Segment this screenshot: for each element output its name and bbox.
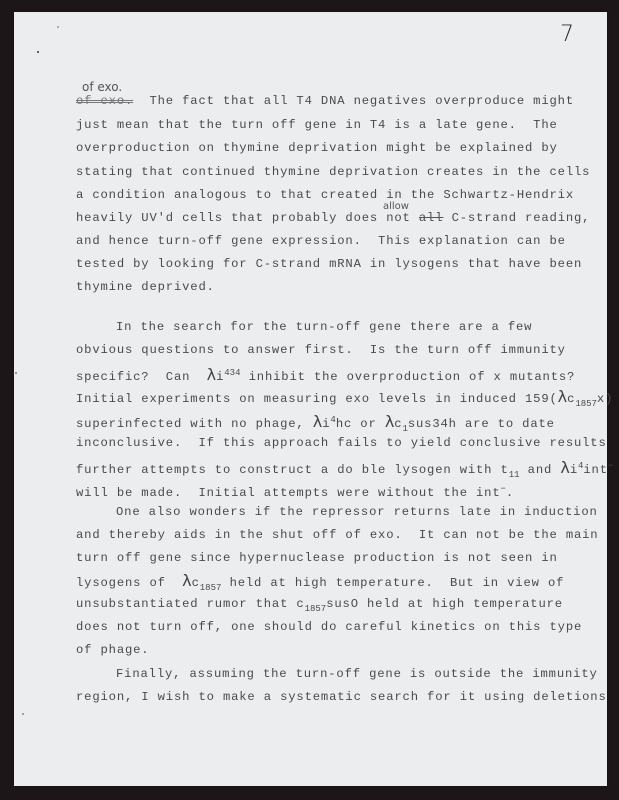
paragraph-2-line-7: further attempts to construct a do ble l… (76, 459, 613, 482)
paragraph-3-line-2: and thereby aids in the shut off of exo.… (76, 528, 598, 542)
paragraph-1-line-6: heavily UV'd cells that probably does no… (76, 211, 590, 225)
lambda-symbol: λ (558, 387, 567, 406)
paragraph-1-line-8: tested by looking for C-strand mRNA in l… (76, 257, 582, 271)
paragraph-4-line-2: region, I wish to make a systematic sear… (76, 690, 607, 704)
speck-mark (22, 713, 24, 715)
paragraph-3-line-6: does not turn off, one should do careful… (76, 620, 582, 634)
paragraph-2-line-1: In the search for the turn-off gene ther… (116, 320, 532, 334)
paragraph-1-line-9: thymine deprived. (76, 280, 215, 294)
paragraph-2-line-2: obvious questions to answer first. Is th… (76, 343, 566, 357)
handwritten-insertion: of exo. (82, 80, 122, 94)
paragraph-2-line-8: will be made. Initial attempts were with… (76, 482, 514, 500)
struck-text: of exo. (76, 94, 133, 108)
paragraph-2-line-3: specific? Can λi434 inhibit the overprod… (76, 366, 575, 384)
paragraph-1-line-7: and hence turn-off gene expression. This… (76, 234, 566, 248)
speck-mark (57, 26, 59, 28)
lambda-symbol: λ (385, 412, 394, 431)
paragraph-3-line-5: unsubstantiated rumor that c1857susO hel… (76, 597, 563, 616)
paragraph-2-line-5: superinfected with no phage, λi4hc or λc… (76, 413, 555, 436)
paragraph-3-line-7: of phage. (76, 643, 149, 657)
paragraph-2-line-4: Initial experiments on measuring exo lev… (76, 390, 613, 411)
struck-word: all (419, 211, 444, 225)
page-number: 7 (560, 22, 574, 47)
paragraph-3-line-3: turn off gene since hypernuclease produc… (76, 551, 558, 565)
speck-mark (37, 51, 39, 53)
lambda-symbol: λ (182, 571, 191, 590)
paragraph-1-line-2: just mean that the turn off gene in T4 i… (76, 118, 558, 132)
lambda-symbol: λ (207, 365, 216, 384)
lambda-symbol: λ (313, 412, 322, 431)
paragraph-3-line-4: lysogens of λc1857 held at high temperat… (76, 574, 564, 595)
lambda-symbol: λ (560, 458, 569, 477)
paragraph-1-line-4: stating that continued thymine deprivati… (76, 165, 590, 179)
paragraph-1-line-1: of exo. The fact that all T4 DNA negativ… (76, 94, 574, 108)
speck-mark (15, 372, 17, 374)
paragraph-2-line-6: inconclusive. If this approach fails to … (76, 436, 607, 450)
paragraph-3-line-1: One also wonders if the repressor return… (116, 505, 598, 519)
paragraph-1-line-3: overproduction on thymine deprivation mi… (76, 141, 558, 155)
paragraph-4-line-1: Finally, assuming the turn-off gene is o… (116, 667, 598, 681)
paragraph-1-line-5: a condition analogous to that created in… (76, 188, 574, 202)
